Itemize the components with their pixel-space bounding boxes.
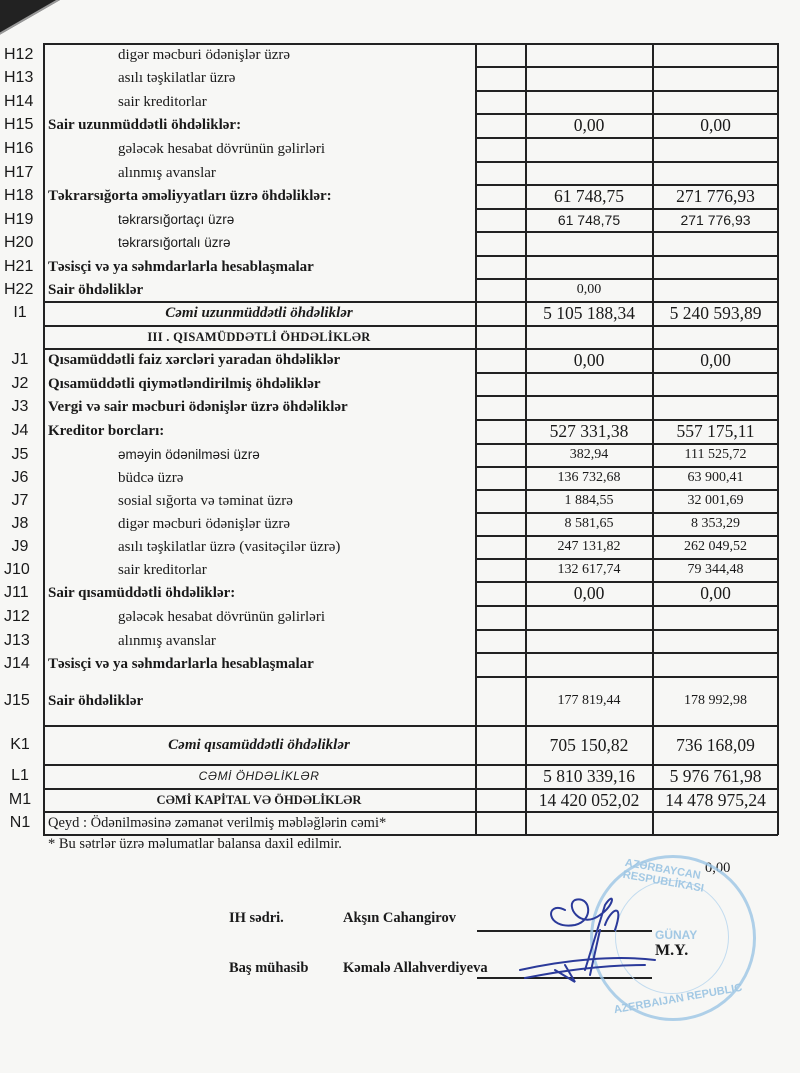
row-border [475,489,778,491]
value-current-period: 132 617,74 [526,562,652,578]
row-code: I1 [0,305,40,321]
row-code: J7 [0,493,40,509]
chairman-role: IH sədri. [229,910,284,927]
row-label: Kreditor borcları: [48,423,164,439]
row-label: Qeyd : Ödənilməsinə zəmanət verilmiş məb… [48,815,386,831]
row-label: asılı təşkilatlar üzrə [118,70,235,86]
row-label: Qısamüddətli faiz xərcləri yaradan öhdəl… [48,352,340,368]
row-code: K1 [0,737,40,753]
row-code: H17 [4,165,42,181]
row-border [475,395,778,397]
row-code: J8 [0,516,40,532]
row-label: Təsisçi və ya səhmdarlarla hesablaşmalar [48,656,314,672]
value-current-period: 382,94 [526,447,652,463]
row-label: III . QISAMÜDDƏTLİ ÖHDƏLİKLƏR [43,329,475,345]
row-border [475,581,778,583]
value-previous-period: 0,00 [653,117,778,133]
footnote: * Bu sətrlər üzrə məlumatlar balansa dax… [48,836,342,853]
row-label: Sair qısamüddətli öhdəliklər: [48,585,235,601]
row-code: M1 [0,792,40,808]
row-label: digər məcburi ödənişlər üzrə [118,516,290,532]
row-border [43,764,778,766]
row-code: J14 [4,656,42,672]
row-label: Təsisçi və ya səhmdarlarla hesablaşmalar [48,259,314,275]
value-previous-period: 5 976 761,98 [653,768,778,784]
row-code: J5 [0,447,40,463]
row-code: J6 [0,470,40,486]
row-code: J12 [4,609,42,625]
chairman-name: Akşın Cahangirov [343,910,456,927]
row-border [43,348,778,350]
row-border [475,535,778,537]
row-code-divider [43,43,45,834]
row-label: Sair öhdəliklər [48,693,143,709]
row-label: gələcək hesabat dövrünün gəlirləri [118,609,325,625]
value-current-period: 136 732,68 [526,470,652,486]
row-code: H12 [4,47,42,63]
row-border [475,676,778,678]
value-previous-period: 5 240 593,89 [653,305,778,321]
row-code: J3 [0,399,40,415]
value-current-period: 0,00 [526,352,652,368]
row-code: H15 [4,117,42,133]
row-code: H14 [4,94,42,110]
row-code: H19 [4,212,42,228]
row-code: J4 [0,423,40,439]
row-border [475,231,778,233]
chief-accountant-name: Kəmalə Allahverdiyeva [343,960,488,977]
row-border [43,811,778,813]
row-border [43,725,778,727]
row-label: büdcə üzrə [118,470,183,486]
row-label: sosial sığorta və təminat üzrə [118,493,293,509]
row-code: H18 [4,188,42,204]
row-code: H21 [4,259,42,275]
row-label: Cəmi qısamüddətli öhdəliklər [43,737,475,753]
value-current-period: 177 819,44 [526,693,652,709]
value-previous-period: 79 344,48 [653,562,778,578]
value-current-period: 705 150,82 [526,737,652,753]
value-previous-period: 8 353,29 [653,516,778,532]
row-code: H13 [4,70,42,86]
row-code: N1 [0,815,40,831]
value-previous-period: 271 776,93 [653,212,778,228]
row-border [475,629,778,631]
value-current-period: 61 748,75 [526,188,652,204]
row-border [475,558,778,560]
value-current-period: 0,00 [526,585,652,601]
row-label: alınmış avanslar [118,165,216,181]
row-code: J13 [4,633,42,649]
value-current-period: 8 581,65 [526,516,652,532]
row-label: təkrarsığortalı üzrə [118,235,231,251]
row-label: Sair öhdəliklər [48,282,143,298]
value-current-period: 0,00 [526,282,652,298]
row-code: H22 [4,282,42,298]
row-label: Sair uzunmüddətli öhdəliklər: [48,117,241,133]
value-previous-period: 111 525,72 [653,447,778,463]
row-border [475,161,778,163]
row-label: sair kreditorlar [118,562,207,578]
row-label: Cəmi uzunmüddətli öhdəliklər [43,305,475,321]
row-label: asılı təşkilatlar üzrə (vasitəçilər üzrə… [118,539,340,555]
row-border [475,255,778,257]
row-border [43,43,778,45]
row-label: Vergi və sair məcburi ödənişlər üzrə öhd… [48,399,348,415]
value-previous-period: 32 001,69 [653,493,778,509]
row-code: J2 [0,376,40,392]
row-code: H16 [4,141,42,157]
row-label: sair kreditorlar [118,94,207,110]
value-previous-period: 271 776,93 [653,188,778,204]
value-current-period: 5 810 339,16 [526,768,652,784]
value-current-period: 14 420 052,02 [526,792,652,808]
row-code: L1 [0,768,40,784]
row-border [475,208,778,210]
row-border [475,605,778,607]
value-current-period: 5 105 188,34 [526,305,652,321]
row-code: J1 [0,352,40,368]
row-code: J9 [0,539,40,555]
value-current-period: 247 131,82 [526,539,652,555]
row-code: H20 [4,235,42,251]
value-previous-period: 14 478 975,24 [653,792,778,808]
row-label: alınmış avanslar [118,633,216,649]
row-label: CƏMİ ÖHDƏLİKLƏR [43,768,475,784]
row-border [475,372,778,374]
value-previous-period: 0,00 [653,585,778,601]
value-previous-period: 262 049,52 [653,539,778,555]
row-label: təkrarsığortaçı üzrə [118,212,234,228]
value-current-period: 61 748,75 [526,212,652,228]
row-label: Təkrarsığorta əməliyyatları üzrə öhdəlik… [48,188,332,204]
row-border [475,652,778,654]
row-code: J11 [4,585,42,601]
value-previous-period: 63 900,41 [653,470,778,486]
row-border [475,278,778,280]
row-border [475,90,778,92]
row-label: CƏMİ KAPİTAL VƏ ÖHDƏLİKLƏR [43,792,475,808]
value-current-period: 1 884,55 [526,493,652,509]
row-border [43,325,778,327]
row-label: digər məcburi ödənişlər üzrə [118,47,290,63]
row-border [475,66,778,68]
row-border [475,443,778,445]
row-border [43,301,778,303]
chief-accountant-role: Baş mühasib [229,960,308,977]
value-previous-period: 557 175,11 [653,423,778,439]
row-border [475,113,778,115]
scan-page-fold [0,0,67,41]
row-code: J15 [4,693,42,709]
value-previous-period: 0,00 [653,352,778,368]
row-label: gələcək hesabat dövrünün gəlirləri [118,141,325,157]
row-code: J10 [4,562,42,578]
row-border [475,466,778,468]
value-current-period: 527 331,38 [526,423,652,439]
handwritten-signature-icon [505,870,675,990]
row-label: Qısamüddətli qiymətləndirilmiş öhdəliklə… [48,376,321,392]
row-label: əməyin ödənilməsi üzrə [118,447,260,463]
value-previous-period: 178 992,98 [653,693,778,709]
row-border [475,137,778,139]
value-current-period: 0,00 [526,117,652,133]
value-previous-period: 736 168,09 [653,737,778,753]
row-border [475,512,778,514]
